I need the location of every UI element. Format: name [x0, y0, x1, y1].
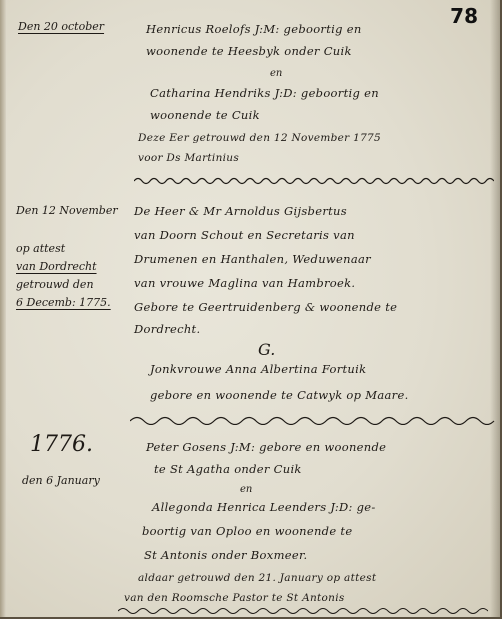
separator-flourish: [130, 415, 495, 425]
entry-2-groom-line-1: De Heer & Mr Arnoldus Gijsbertus: [134, 204, 347, 218]
entry-3-margin-year: 1776.: [30, 432, 93, 457]
entry-1-note-line-1: Deze Eer getrouwd den 12 November 1775: [138, 132, 381, 144]
entry-2-margin-note-3: getrouwd den: [16, 278, 94, 291]
entry-3-note-line-2: van den Roomsche Pastor te St Antonis: [124, 592, 345, 604]
entry-2-margin-note-4: 6 Decemb: 1775.: [16, 296, 111, 309]
entry-2-groom-line-6: Dordrecht.: [134, 322, 200, 336]
folio-number: 78: [450, 4, 478, 28]
entry-2-groom-line-4: van vrouwe Maglina van Hambroek.: [134, 276, 355, 290]
entry-2-conjunction: G.: [258, 340, 275, 359]
entry-3-note-line-1: aldaar getrouwd den 21. January op attes…: [138, 572, 376, 584]
entry-3-conjunction: en: [240, 484, 252, 495]
entry-1-margin-date: Den 20 october: [18, 20, 104, 33]
entry-1-groom-line-1: Henricus Roelofs J:M: geboortig en: [146, 22, 362, 36]
register-page: 78 Den 20 october Henricus Roelofs J:M: …: [0, 0, 502, 619]
entry-1-bride-line-1: Catharina Hendriks J:D: geboortig en: [150, 86, 379, 100]
entry-3-bride-line-1: Allegonda Henrica Leenders J:D: ge-: [152, 500, 376, 514]
entry-2-bride-line-2: gebore en woonende te Catwyk op Maare.: [150, 388, 409, 402]
separator-flourish: [134, 176, 494, 186]
entry-2-margin-note-1: op attest: [16, 242, 65, 255]
entry-2-groom-line-5: Gebore te Geertruidenberg & woonende te: [134, 300, 397, 314]
entry-3-groom-line-2: te St Agatha onder Cuik: [154, 462, 302, 476]
entry-2-groom-line-2: van Doorn Schout en Secretaris van: [134, 228, 355, 242]
entry-2-bride-line-1: Jonkvrouwe Anna Albertina Fortuik: [150, 362, 366, 376]
entry-1-note-line-2: voor Ds Martinius: [138, 152, 239, 164]
entry-3-bride-line-3: St Antonis onder Boxmeer.: [144, 548, 307, 562]
entry-3-bride-line-2: boortig van Oploo en woonende te: [142, 524, 352, 538]
entry-2-groom-line-3: Drumenen en Hanthalen, Weduwenaar: [134, 252, 371, 266]
entry-1-groom-line-2: woonende te Heesbyk onder Cuik: [146, 44, 352, 58]
separator-flourish: [118, 606, 488, 616]
entry-1-conjunction: en: [270, 68, 282, 79]
entry-2-margin-note-2: van Dordrecht: [16, 260, 97, 273]
entry-1-bride-line-2: woonende te Cuik: [150, 108, 260, 122]
entry-3-groom-line-1: Peter Gosens J:M: gebore en woonende: [146, 440, 386, 454]
entry-3-margin-date: den 6 January: [22, 474, 100, 487]
entry-2-margin-date: Den 12 November: [16, 204, 118, 217]
